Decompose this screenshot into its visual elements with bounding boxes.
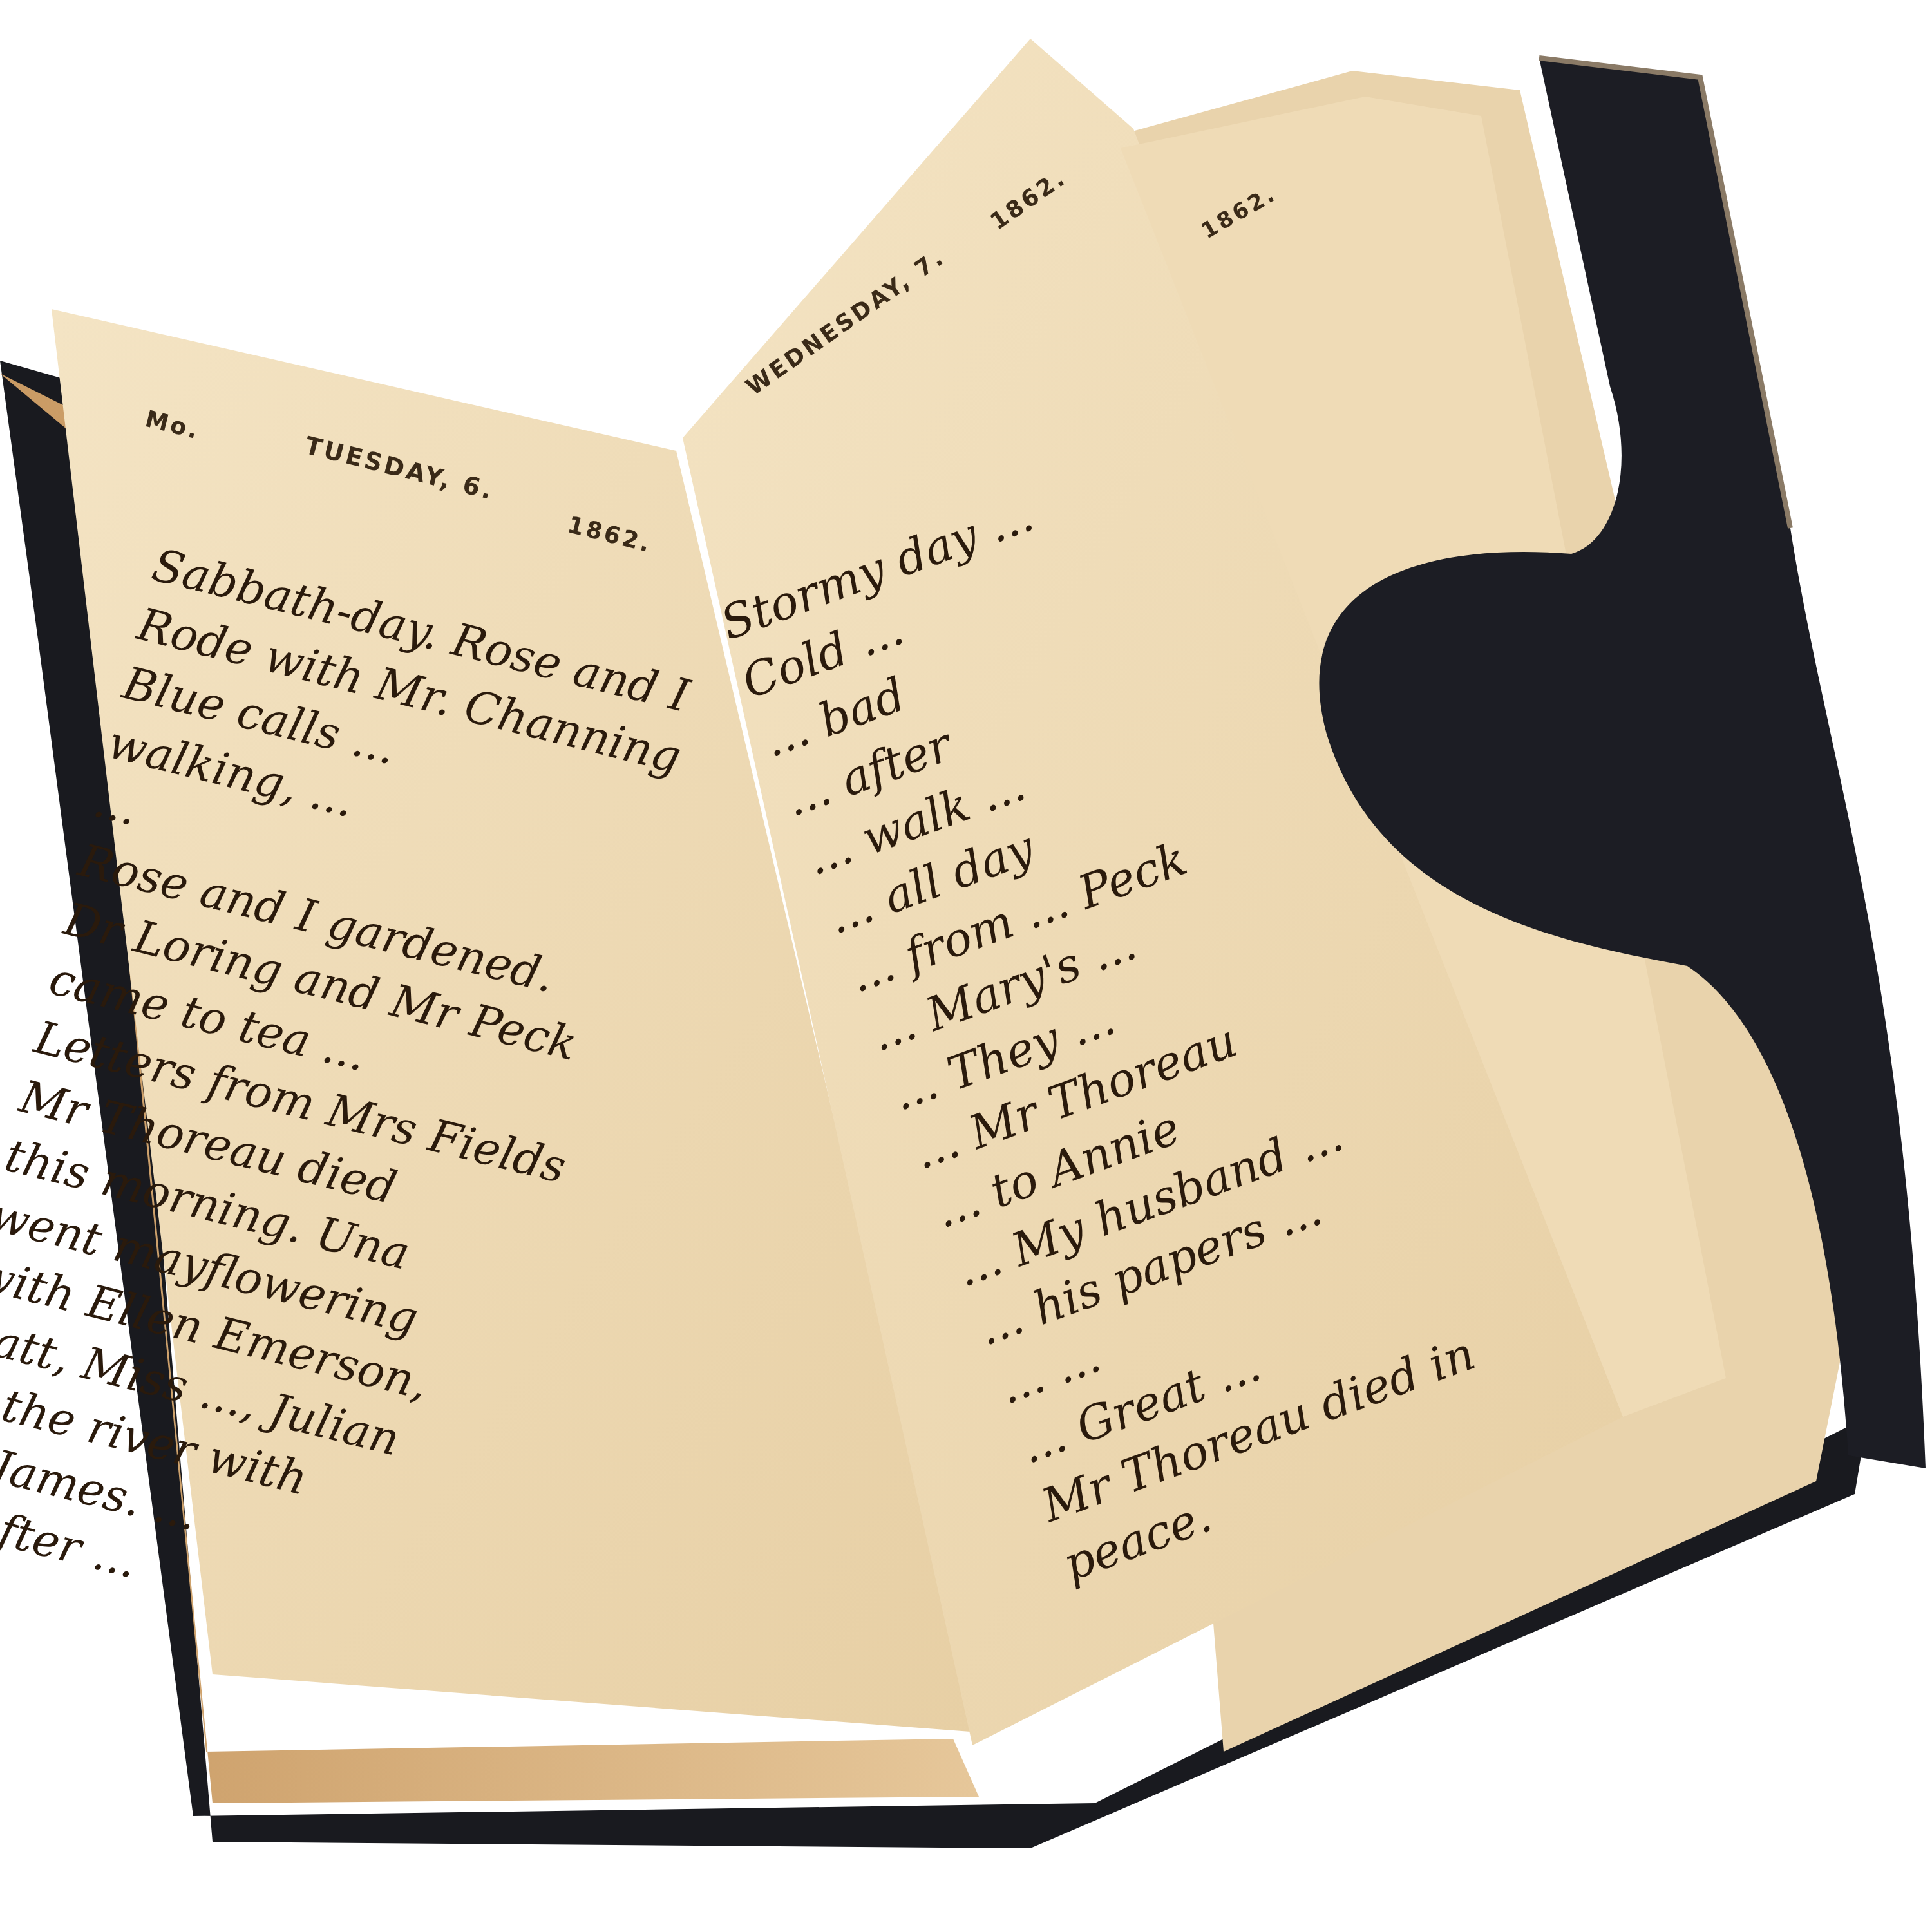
diary-photo: Mo. TUESDAY, 6. 1862. Sabbath-day. Rose … [0,0,1932,1932]
